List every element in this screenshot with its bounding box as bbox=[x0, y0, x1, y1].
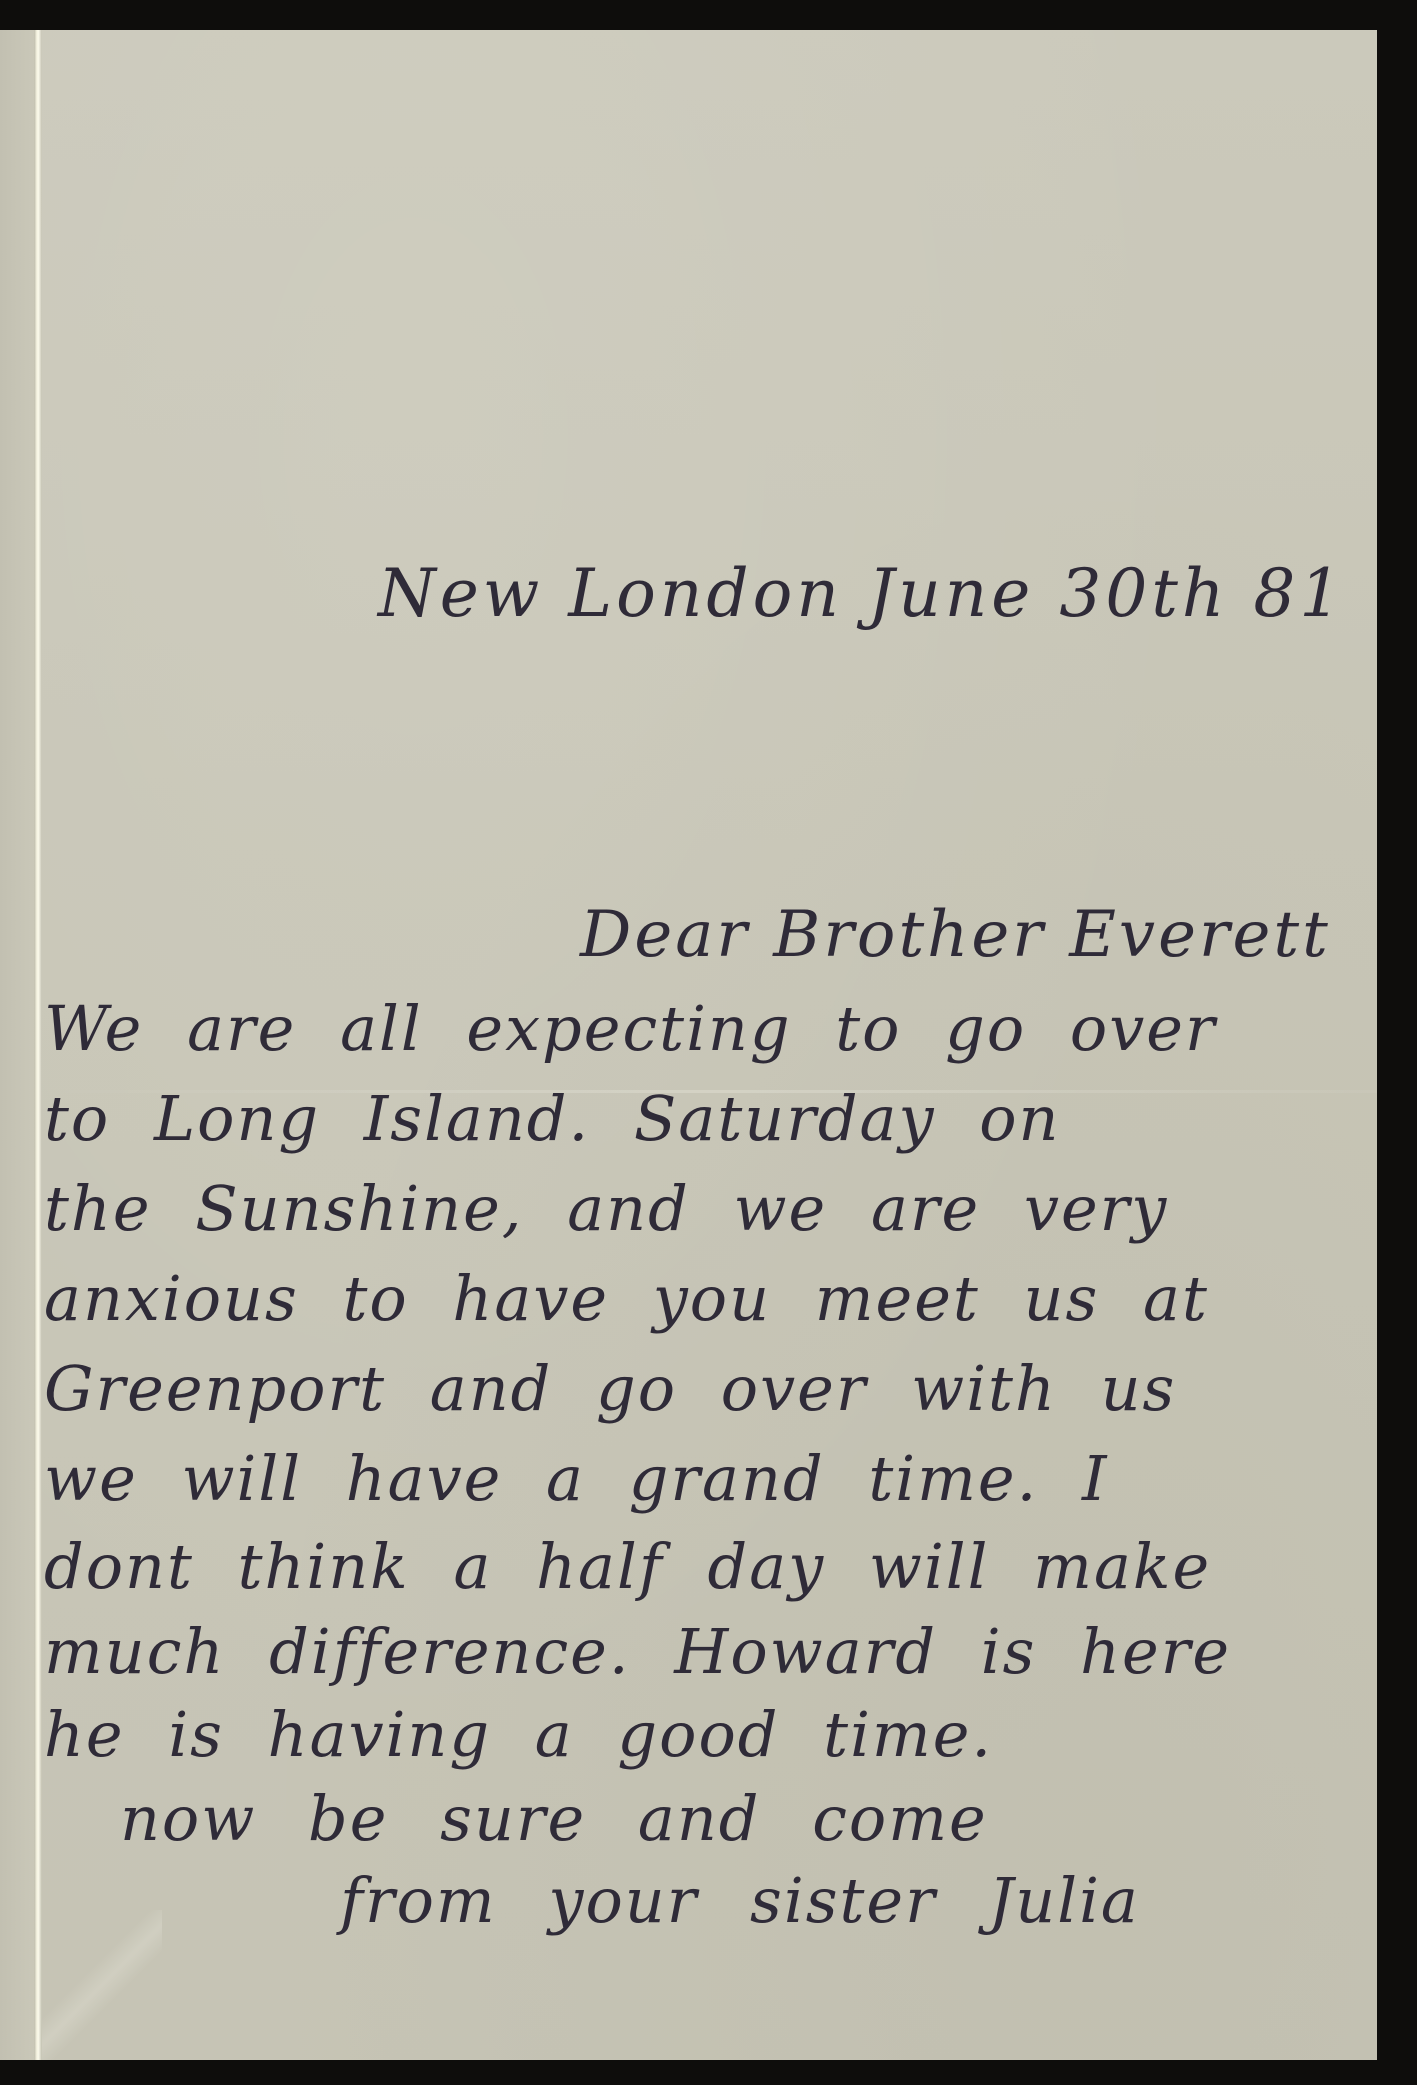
body-line: anxious to have you meet us at bbox=[44, 1262, 1209, 1335]
body-line: Greenport and go over with us bbox=[44, 1352, 1176, 1425]
vertical-fold-crease bbox=[34, 30, 42, 2060]
body-line: much difference. Howard is here bbox=[44, 1615, 1231, 1688]
scan-frame: New London June 30th 81 Dear Brother Eve… bbox=[0, 0, 1417, 2085]
left-fold-panel bbox=[0, 30, 36, 2060]
body-line: we will have a grand time. I bbox=[44, 1442, 1108, 1515]
letter-salutation: Dear Brother Everett bbox=[580, 898, 1331, 972]
letter-dateline: New London June 30th 81 bbox=[378, 555, 1345, 632]
body-line: to Long Island. Saturday on bbox=[44, 1082, 1060, 1155]
body-line: the Sunshine, and we are very bbox=[44, 1172, 1168, 1245]
body-line: We are all expecting to go over bbox=[44, 992, 1217, 1065]
corner-crease bbox=[42, 1910, 162, 2060]
closing-line: now be sure and come bbox=[120, 1782, 988, 1855]
body-line: dont think a half day will make bbox=[44, 1530, 1211, 1603]
body-line: he is having a good time. bbox=[44, 1698, 993, 1771]
letter-page: New London June 30th 81 Dear Brother Eve… bbox=[0, 30, 1377, 2060]
signature-line: from your sister Julia bbox=[340, 1864, 1140, 1937]
